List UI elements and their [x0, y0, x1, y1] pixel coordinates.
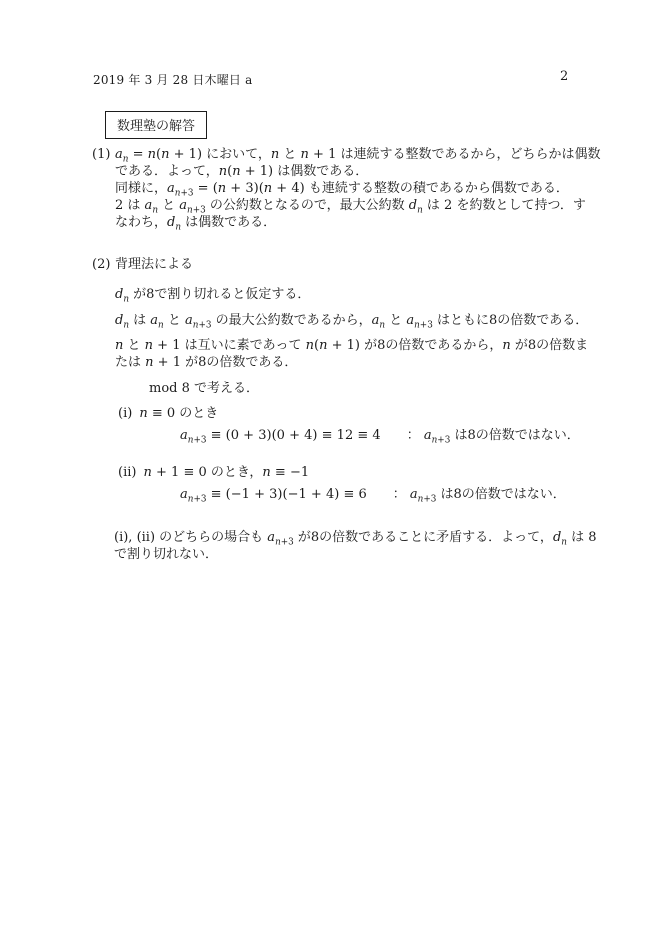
case-i-formula: an+3 ≡ (0 + 3)(0 + 4) ≡ 12 ≡ 4	[180, 428, 381, 443]
case-ii-condition: n + 1 ≡ 0 のとき，n ≡ −1	[143, 465, 309, 480]
solution-document-page: 2019 年 3 月 28 日木曜日 a 2 数理塾の解答 (1) an = n…	[0, 0, 661, 937]
answer-title-box: 数理塾の解答	[105, 111, 207, 139]
case-ii-formula-line: an+3 ≡ (−1 + 3)(−1 + 4) ≡ 6： an+3 は8の倍数で…	[180, 486, 566, 503]
section-1: (1) an = n(n + 1) において，n と n + 1 は連続する整数…	[92, 146, 601, 231]
case-ii: (ii)n + 1 ≡ 0 のとき，n ≡ −1 an+3 ≡ (−1 + 3)…	[118, 464, 566, 503]
case-i-formula-line: an+3 ≡ (0 + 3)(0 + 4) ≡ 12 ≡ 4： an+3 は8の…	[180, 427, 580, 444]
section-2-heading-wrap: 背理法による	[115, 256, 193, 273]
text-line: で割り切れない．	[114, 546, 597, 563]
text-line: mod 8 で考える．	[149, 380, 259, 397]
section-2-heading: 背理法による	[115, 256, 193, 273]
case-ii-label: (ii)	[118, 465, 136, 480]
text-line: (i), (ii) のどちらの場合も an+3 が8の倍数であることに矛盾する．…	[114, 529, 597, 546]
text-line: dn が8で割り切れると仮定する．	[115, 286, 310, 303]
paragraph-conclusion: (i), (ii) のどちらの場合も an+3 が8の倍数であることに矛盾する．…	[114, 529, 597, 563]
answer-title-label: 数理塾の解答	[117, 119, 195, 134]
page-number: 2	[560, 69, 568, 84]
case-i-head: (i)n ≡ 0 のとき	[118, 405, 580, 422]
text-line: なわち，dn は偶数である．	[115, 214, 601, 231]
case-ii-head: (ii)n + 1 ≡ 0 のとき，n ≡ −1	[118, 464, 566, 481]
text-line: である．よって，n(n + 1) は偶数である．	[115, 163, 601, 180]
paragraph-coprime: n と n + 1 は互いに素であって n(n + 1) が8の倍数であるから，…	[115, 337, 588, 371]
text-line: n と n + 1 は互いに素であって n(n + 1) が8の倍数であるから，…	[115, 337, 588, 354]
text-line: 同様に，an+3 = (n + 3)(n + 4) も連続する整数の積であるから…	[115, 180, 601, 197]
case-i-conclusion: ： an+3 は8の倍数ではない．	[407, 428, 580, 443]
text-line: たは n + 1 が8の倍数である．	[115, 354, 588, 371]
case-i-label: (i)	[118, 406, 132, 421]
paragraph-gcd: dn は an と an+3 の最大公約数であるから，an と an+3 はとも…	[115, 312, 588, 329]
text-line: 2 は an と an+3 の公約数となるので，最大公約数 dn は 2 を約数…	[115, 197, 601, 214]
text-line: an = n(n + 1) において，n と n + 1 は連続する整数であるか…	[115, 146, 601, 163]
case-ii-formula: an+3 ≡ (−1 + 3)(−1 + 4) ≡ 6	[180, 487, 367, 502]
section-1-number: (1)	[92, 146, 115, 163]
section-2-number: (2)	[92, 256, 115, 273]
paragraph-mod8: mod 8 で考える．	[149, 380, 259, 397]
text-line: dn は an と an+3 の最大公約数であるから，an と an+3 はとも…	[115, 312, 588, 329]
case-i-condition: n ≡ 0 のとき	[139, 406, 218, 421]
section-2: (2) 背理法による	[92, 256, 193, 273]
case-i: (i)n ≡ 0 のとき an+3 ≡ (0 + 3)(0 + 4) ≡ 12 …	[118, 405, 580, 444]
paragraph-assumption: dn が8で割り切れると仮定する．	[115, 286, 310, 303]
header-date: 2019 年 3 月 28 日木曜日 a	[93, 71, 253, 88]
section-1-body: an = n(n + 1) において，n と n + 1 は連続する整数であるか…	[115, 146, 601, 231]
case-ii-conclusion: ： an+3 は8の倍数ではない．	[393, 487, 566, 502]
